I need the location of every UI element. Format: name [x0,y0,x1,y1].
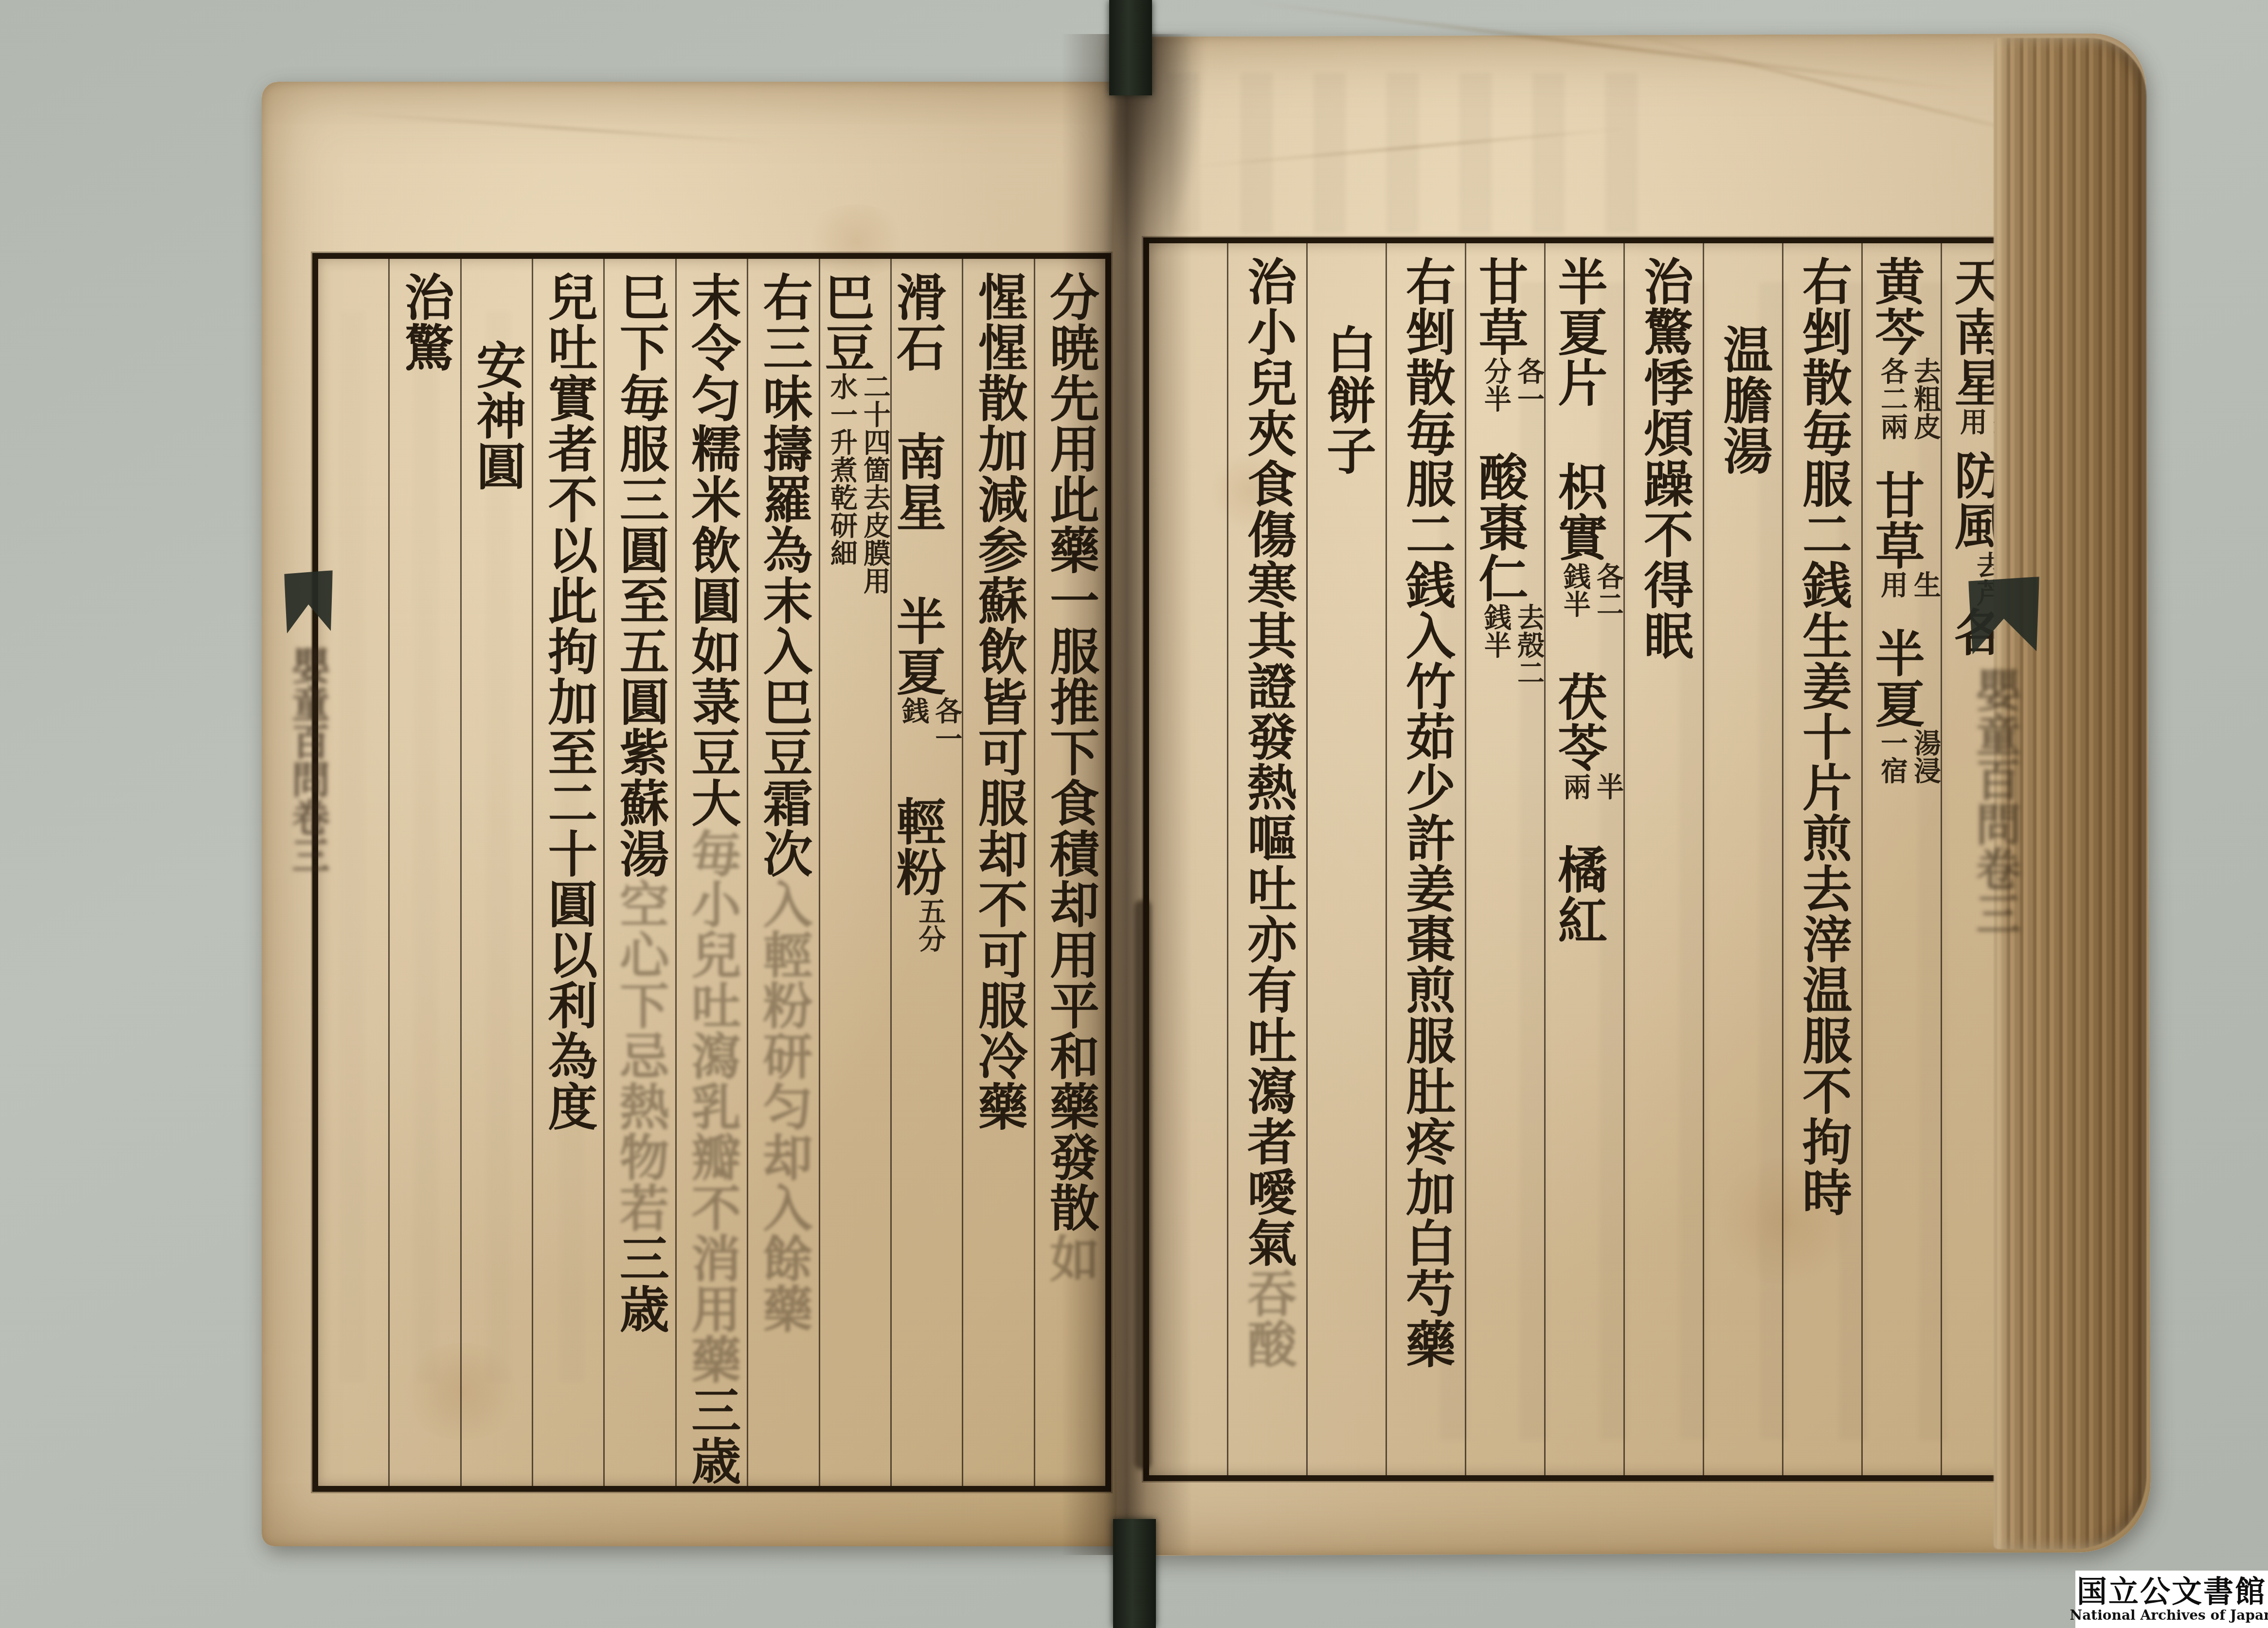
smudged-text-run: 毎小兒吐瀉乳瓣不消用藥 [683,828,741,1385]
text-run: 治小兒夾食傷寒其證發熱嘔吐亦有吐瀉者噯氣 [1239,256,1297,1268]
text-run: 半夏 [1867,628,1925,729]
text-run: 兒吐實者不以此拘加至二十圓以利為度 [540,271,598,1132]
right-page-text-frame: 天南星生用防風去芦各黄芩去粗皮各二兩甘草生用半夏湯浸一宿右剉散毎服二銭生姜十片煎… [1143,237,2026,1481]
text-column [1149,243,1227,1475]
text-column: 安神圓 [460,259,532,1486]
fore-edge-curl [1994,38,2146,1549]
text-column [318,259,388,1486]
annotation-line: 五分 [915,897,945,953]
text-run: 三歳 [683,1385,741,1486]
text-column: 滑石南星半夏各一銭輕粉五分 [890,259,962,1486]
annotation-line: 湯浸 [1910,729,1941,784]
dosage-annotation: 五分 [915,897,945,953]
column-gap [917,752,918,796]
text-run: 治驚 [396,271,455,373]
annotation-line: 各一 [932,697,962,752]
text-run: 滑石 [890,271,947,373]
text-column: 巳下毎服三圓至五圓紫蘇湯空心下忌熱物若三歳 [603,259,675,1486]
text-run: 巳下毎服三圓至五圓紫蘇湯 [612,271,670,879]
dosage-annotation: 湯浸一宿 [1877,729,1941,784]
text-column: 右三味擣羅為末入巴豆霜次入輕粉研匀却入餘藥 [747,259,818,1486]
text-column: 半夏片枳實各二銭半茯苓半兩橘紅 [1544,243,1623,1475]
text-column: 兒吐實者不以此拘加至二十圓以利為度 [532,259,603,1486]
annotation-line: 生 [1910,571,1941,598]
smudged-text-run: 空心下忌熱物若 [612,879,670,1233]
column-gap [1975,435,1976,450]
smudged-text-run: 如 [1042,1233,1100,1284]
text-run: 茯苓 [1549,671,1608,773]
text-run: 枳實 [1549,461,1608,562]
text-run: 白餅子 [1318,324,1377,476]
binding-strip-bottom [1113,1519,1156,1628]
smudged-text-run: 吞酸 [1239,1268,1297,1369]
annotation-line: 去殻二 [1514,603,1544,687]
text-run: 半夏片 [1549,256,1608,408]
text-run: 安神圓 [468,340,526,491]
text-run: 半夏 [890,596,947,697]
text-run: 治驚悸煩躁不得眠 [1636,256,1694,661]
smudged-text-run: 入輕粉研匀却入餘藥 [755,879,813,1334]
text-column: 温膽湯 [1703,243,1782,1475]
text-run: 巴豆 [819,271,875,373]
text-column: 治小兒夾食傷寒其證發熱嘔吐亦有吐瀉者噯氣吞酸 [1227,243,1306,1475]
text-column: 巴豆二十四箇去皮膜用水一升煮乾研細 [819,259,890,1486]
dosage-annotation: 各二銭半 [1560,562,1623,618]
dosage-annotation: 去粗皮各二兩 [1877,357,1941,440]
dosage-annotation: 各一銭 [899,697,962,752]
left-page-text-frame: 分暁先用此藥一服推下食積却用平和藥發散如惺惺散加減参蘇飲皆可服却不可服冷藥滑石南… [312,253,1111,1492]
annotation-line: 水一升煮乾研細 [827,373,857,567]
text-column: 惺惺散加減参蘇飲皆可服却不可服冷藥 [962,259,1033,1486]
text-run: 惺惺散加減参蘇飲皆可服却不可服冷藥 [970,271,1028,1132]
text-run: 輕粉 [890,796,947,897]
annotation-line: 用 [1957,408,1987,435]
column-gap [1896,440,1896,470]
annotation-line: 一宿 [1877,729,1908,784]
column-gap [1579,800,1579,844]
text-column: 黄芩去粗皮各二兩甘草生用半夏湯浸一宿 [1861,243,1941,1475]
annotation-line: 分半 [1481,357,1511,413]
annotation-line: 二十四箇去皮膜用 [860,373,890,595]
annotation-line: 去粗皮 [1910,357,1941,440]
annotation-line: 銭半 [1481,603,1511,659]
text-column: 白餅子 [1306,243,1386,1475]
text-run: 右剉散毎服二銭生姜十片煎去滓温服不拘時 [1794,256,1853,1217]
column-gap [1499,413,1500,452]
text-column: 分暁先用此藥一服推下食積却用平和藥發散如 [1034,259,1105,1486]
text-run: 橘紅 [1549,844,1608,945]
annotation-line: 半 [1593,773,1623,800]
text-run: 甘草 [1470,256,1529,357]
text-column: 右剉散毎服二銭入竹茹少許姜棗煎服肚疼加白芍藥 [1386,243,1465,1475]
text-run: 末令匀糯米飲圓如菉豆大 [683,271,741,828]
annotation-line: 各二兩 [1877,357,1908,440]
text-run: 南星 [890,431,947,532]
dosage-annotation: 去殻二銭半 [1481,603,1544,687]
column-gap [1579,618,1579,671]
text-run: 右剉散毎服二銭入竹茹少許姜棗煎服肚疼加白芍藥 [1398,256,1456,1369]
column-gap [1744,256,1745,324]
text-column: 末令匀糯米飲圓如菉豆大毎小兒吐瀉乳瓣不消用藥三歳 [675,259,747,1486]
text-run: 甘草 [1867,470,1925,571]
annotation-line: 兩 [1560,773,1590,800]
annotation-line: 銭 [899,697,929,724]
archive-logo-en: National Archives of Japan [2070,1608,2268,1623]
column-gap [1348,256,1348,324]
dosage-annotation: 生用 [1877,571,1941,598]
text-run: 温膽湯 [1715,324,1773,476]
archive-logo-jp: 国立公文書館 [2077,1576,2267,1608]
column-gap [917,373,918,431]
archive-logo: 国立公文書館 National Archives of Japan [2075,1571,2268,1628]
text-run: 黄芩 [1867,256,1925,357]
annotation-line: 用 [1877,571,1908,598]
text-run: 分暁先用此藥一服推下食積却用平和藥發散 [1042,271,1100,1233]
binding-strip-top [1109,0,1152,95]
dosage-annotation: 二十四箇去皮膜用水一升煮乾研細 [827,373,890,595]
text-column: 治驚 [388,259,460,1486]
annotation-line: 各二 [1593,562,1623,618]
column-gap [497,271,498,340]
column-gap [1579,408,1579,461]
column-gap [917,532,918,596]
text-run: 右三味擣羅為末入巴豆霜次 [755,271,813,879]
ink-smear [1134,900,1151,1469]
text-column: 甘草各一分半酸棗仁去殻二銭半 [1465,243,1544,1475]
text-column: 治驚悸煩躁不得眠 [1623,243,1703,1475]
annotation-line: 銭半 [1560,562,1590,618]
photo-backdrop: 天南星生用防風去芦各黄芩去粗皮各二兩甘草生用半夏湯浸一宿右剉散毎服二銭生姜十片煎… [0,0,2268,1628]
text-run: 三歳 [612,1233,670,1334]
text-column: 右剉散毎服二銭生姜十片煎去滓温服不拘時 [1782,243,1861,1475]
dosage-annotation: 半兩 [1560,773,1623,800]
column-gap [1896,598,1896,628]
annotation-line: 各一 [1514,357,1544,413]
text-run: 酸棗仁 [1470,452,1529,603]
dosage-annotation: 各一分半 [1481,357,1544,413]
